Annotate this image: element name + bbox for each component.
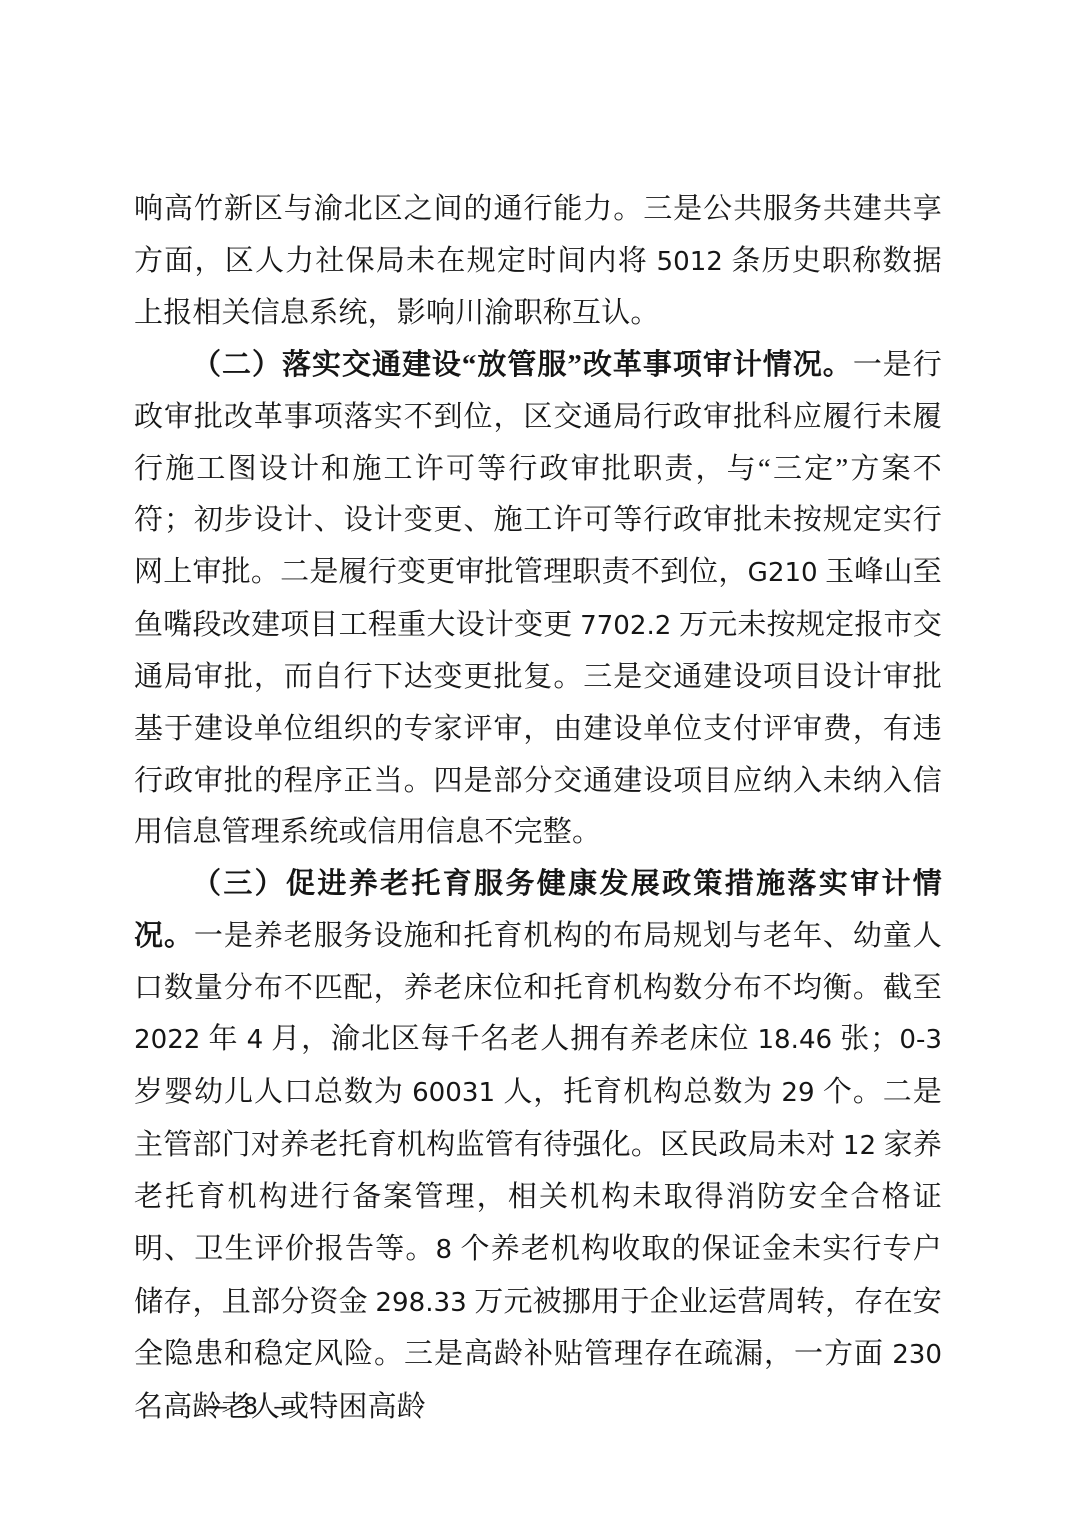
numeric-run: 4: [247, 1025, 264, 1055]
numeric-run: 18.46: [757, 1025, 832, 1055]
text-run: 张；: [832, 1023, 899, 1055]
numeric-run: 298.33: [375, 1288, 466, 1318]
paragraph: （三）促进养老托育服务健康发展政策措施落实审计情况。一是养老服务设施和托育机构的…: [134, 859, 942, 1434]
text-run: 万元未按规定报市交通局审批，而自行下达变更批复。三是交通建设项目设计审批基于建设…: [134, 609, 942, 849]
document-body: 响高竹新区与渝北区之间的通行能力。三是公共服务共建共享方面，区人力社保局未在规定…: [134, 184, 942, 1434]
numeric-run: 0-3: [899, 1025, 942, 1055]
numeric-run: G210: [748, 558, 818, 588]
text-run: 岁婴幼儿人口总数为: [134, 1076, 412, 1108]
numeric-run: 29: [781, 1078, 814, 1108]
text-run: 月，渝北区每千名老人拥有养老床位: [263, 1023, 757, 1055]
text-run: 一是养老服务设施和托育机构的布局规划与老年、幼童人口数量分布不匹配，养老床位和托…: [134, 920, 942, 1004]
numeric-run: 230: [892, 1340, 942, 1370]
numeric-run: 12: [843, 1131, 876, 1161]
document-page: 响高竹新区与渝北区之间的通行能力。三是公共服务共建共享方面，区人力社保局未在规定…: [0, 0, 1074, 1520]
text-run: 年: [200, 1023, 246, 1055]
section-heading-run: （二）落实交通建设“放管服”改革事项审计情况。: [192, 349, 853, 381]
text-run: 一是行政审批改革事项落实不到位，区交通局行政审批科应履行未履行施工图设计和施工许…: [134, 349, 942, 588]
numeric-run: 8: [436, 1235, 453, 1265]
numeric-run: 60031: [412, 1078, 495, 1108]
text-run: 人，托育机构总数为: [495, 1076, 781, 1108]
numeric-run: 2022: [134, 1025, 200, 1055]
page-number: — 8 —: [205, 1394, 300, 1420]
numeric-run: 7702.2: [580, 611, 671, 641]
numeric-run: 5012: [656, 247, 722, 277]
paragraph: （二）落实交通建设“放管服”改革事项审计情况。一是行政审批改革事项落实不到位，区…: [134, 340, 942, 859]
paragraph: 响高竹新区与渝北区之间的通行能力。三是公共服务共建共享方面，区人力社保局未在规定…: [134, 184, 942, 340]
